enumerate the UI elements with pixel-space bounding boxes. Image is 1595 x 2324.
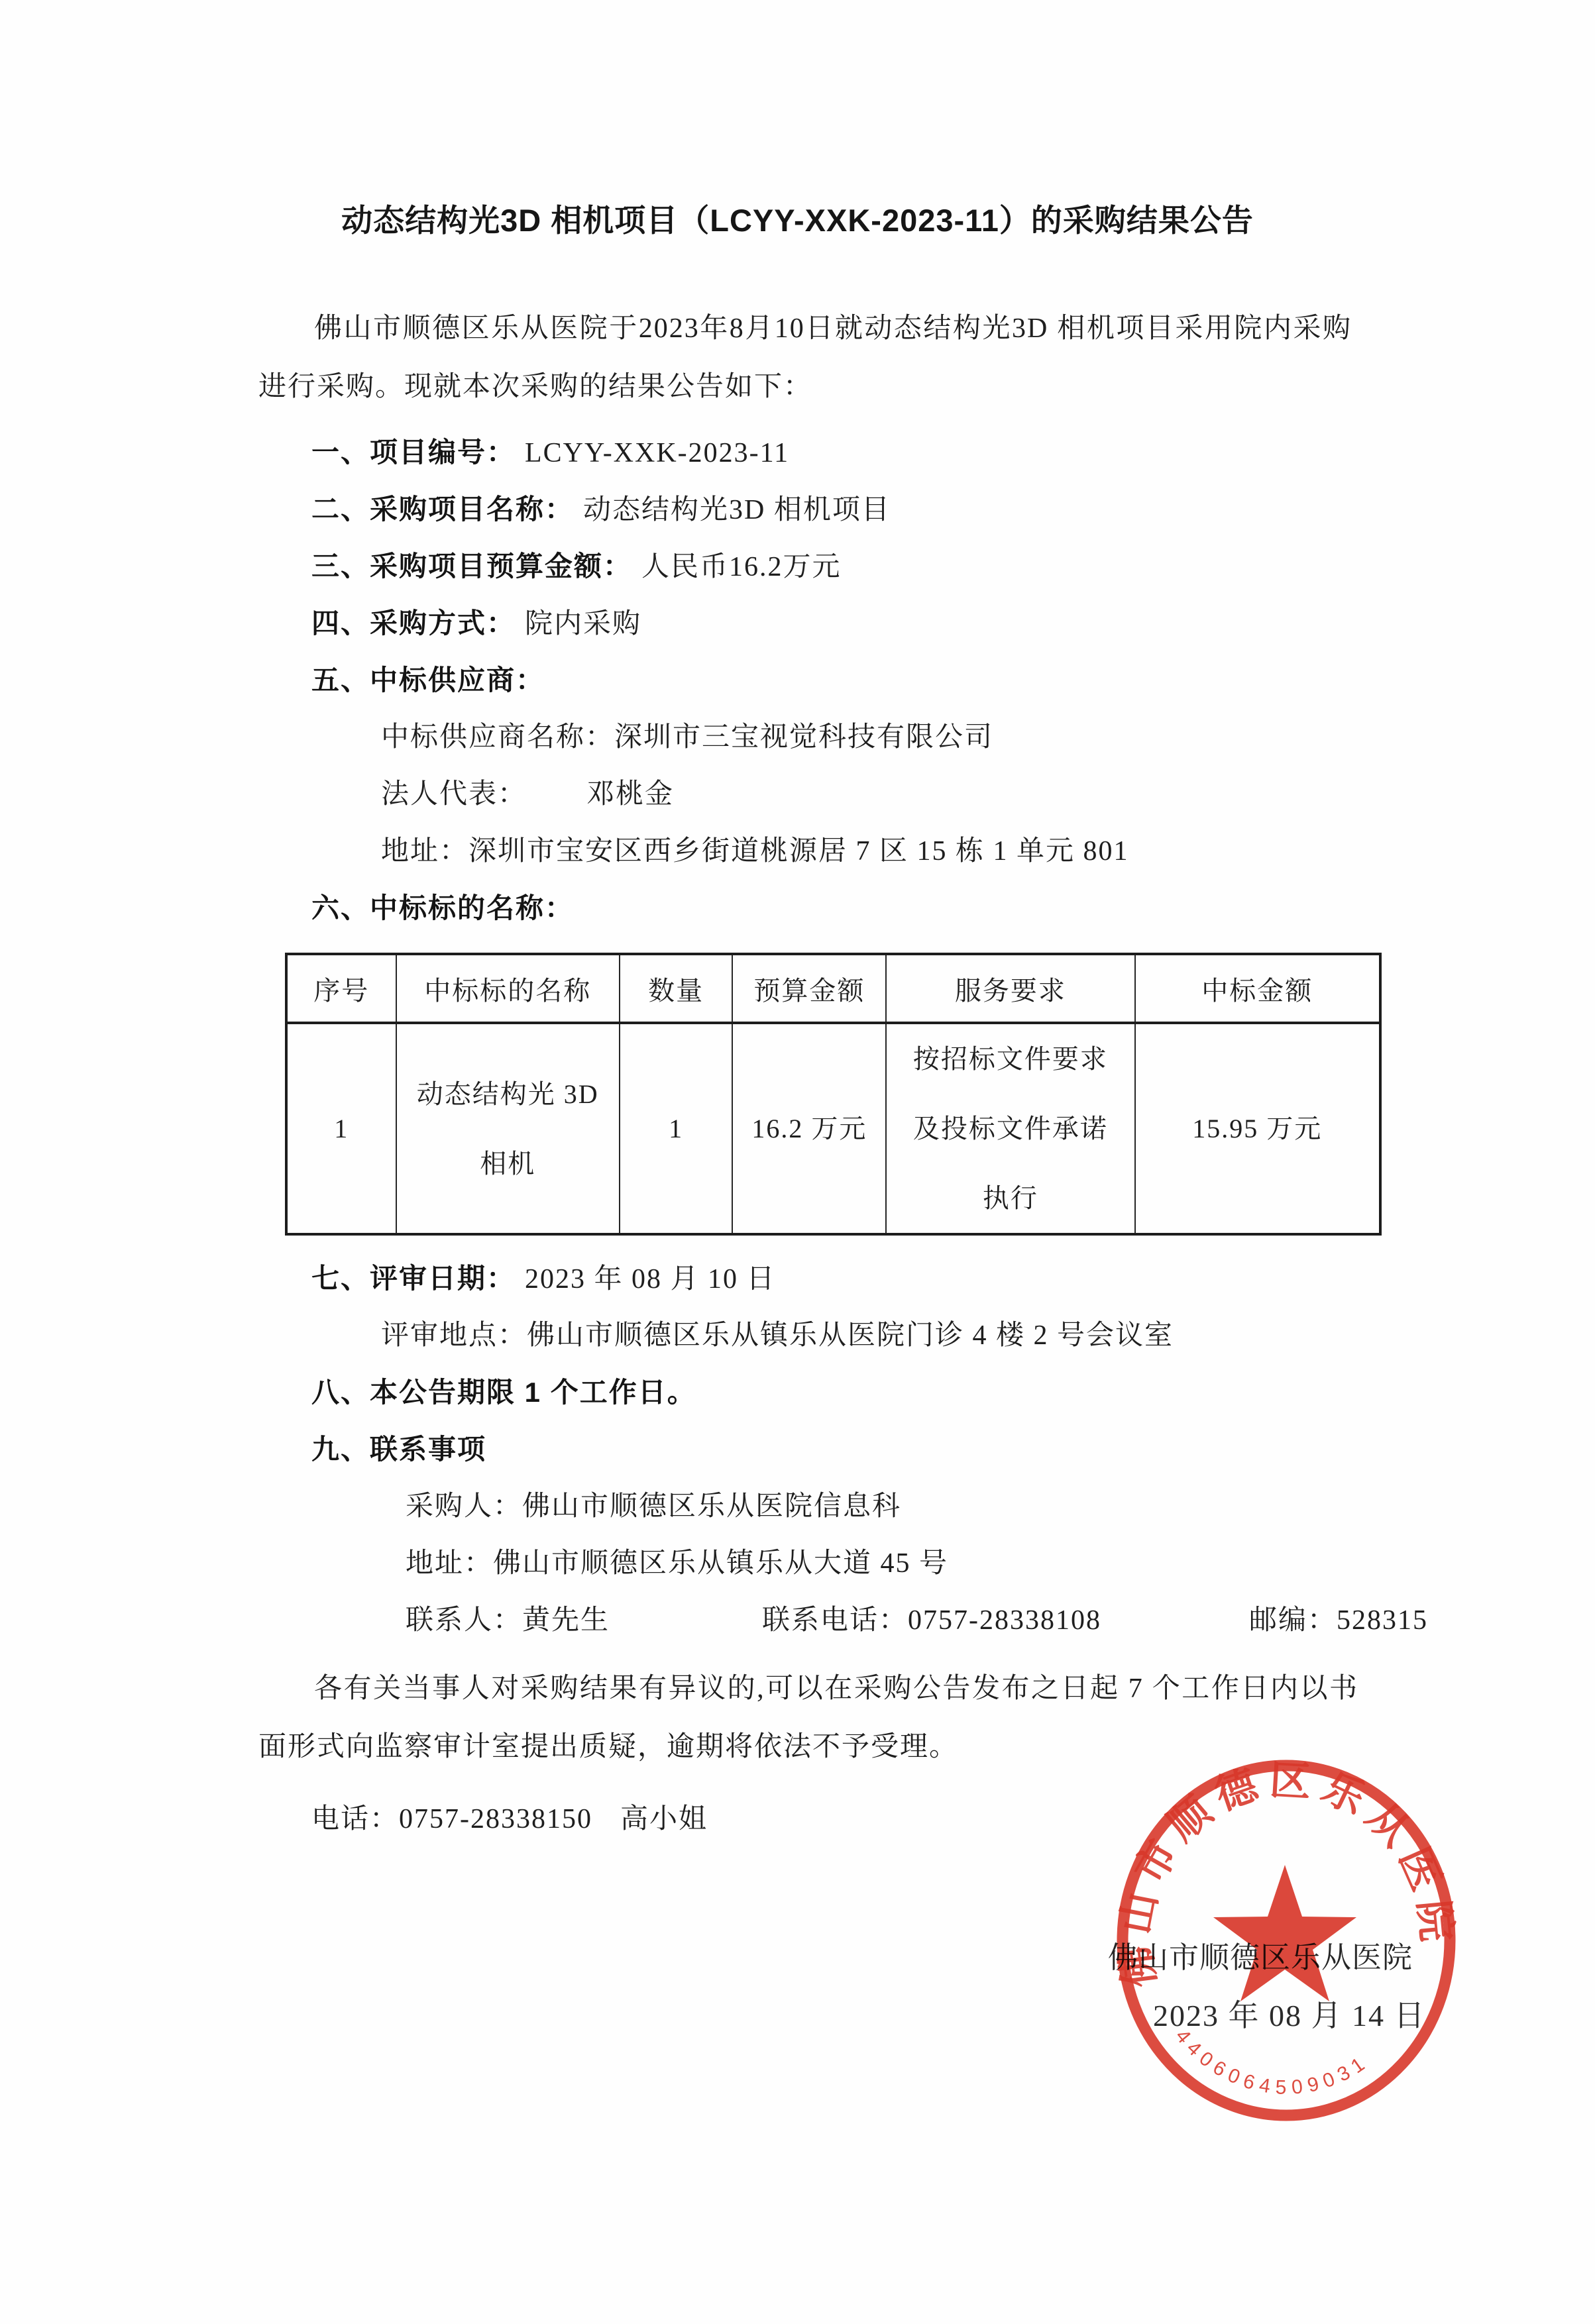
supplier-label: 法人代表： [381, 779, 527, 810]
award-table: 序号 中标标的名称 数量 预算金额 服务要求 中标金额 1 动态结构光 3D 相… [285, 953, 1382, 1236]
contact-zip: 邮编：528315 [1249, 1592, 1428, 1649]
item-project-number: 一、项目编号：LCYY-XXK-2023-11 [311, 424, 1438, 481]
contact-person-label: 联系人： [406, 1605, 522, 1636]
address-value: 佛山市顺德区乐从镇乐从大道 45 号 [493, 1548, 948, 1579]
phone-label: 电话： [311, 1804, 399, 1834]
table-cell-seq: 1 [286, 1023, 396, 1234]
review-date: 2023 年 08 月 10 日 [525, 1264, 776, 1294]
phone-contact-name: 高小姐 [620, 1804, 708, 1834]
contact-person: 联系人：黄先生 [406, 1592, 762, 1649]
section7-label: 七、评审日期： [311, 1263, 516, 1294]
section6-heading: 六、中标标的名称： [311, 880, 1438, 937]
contact-phone-label: 联系电话： [762, 1605, 908, 1636]
legal-rep-line: 法人代表：邓桃金 [381, 766, 1438, 823]
item-winning-supplier-heading: 五、中标供应商： [311, 652, 1438, 709]
buyer-value: 佛山市顺德区乐从医院信息科 [522, 1491, 901, 1522]
section8-heading: 八、本公告期限 1 个工作日。 [311, 1364, 1438, 1421]
table-header-cell: 序号 [286, 954, 396, 1023]
item-value: 院内采购 [525, 609, 641, 639]
table-header-cell: 服务要求 [886, 954, 1134, 1023]
section7-date-line: 七、评审日期：2023 年 08 月 10 日 [311, 1250, 1438, 1307]
item-method: 四、采购方式：院内采购 [311, 595, 1438, 652]
zip-value: 528315 [1337, 1605, 1428, 1636]
supplier-label: 中标供应商名称： [381, 722, 614, 753]
table-header-cell: 中标金额 [1135, 954, 1380, 1023]
table-cell-qty: 1 [620, 1023, 733, 1234]
item-value: 动态结构光3D 相机项目 [583, 495, 891, 525]
buyer-address-line: 地址：佛山市顺德区乐从镇乐从大道 45 号 [406, 1535, 1438, 1592]
official-seal: 佛山市顺德区乐从医院 4406064509031 [1100, 1742, 1471, 2140]
intro-paragraph: 佛山市顺德区乐从医院于2023年8月10日就动态结构光3D 相机项目采用院内采购… [258, 299, 1352, 416]
table-cell-item-name: 动态结构光 3D 相机 [396, 1023, 620, 1234]
review-place-line: 评审地点：佛山市顺德区乐从镇乐从医院门诊 4 楼 2 号会议室 [381, 1307, 1438, 1364]
table-cell-service: 按招标文件要求 及投标文件承诺 执行 [886, 1023, 1134, 1234]
item-label: 二、采购项目名称： [311, 494, 574, 525]
address-label: 地址： [406, 1548, 493, 1579]
table-header-row: 序号 中标标的名称 数量 预算金额 服务要求 中标金额 [286, 954, 1380, 1023]
contact-phone: 联系电话：0757-28338108 [762, 1592, 1249, 1649]
document-page: 动态结构光3D 相机项目（LCYY-XXK-2023-11）的采购结果公告 佛山… [0, 0, 1595, 2324]
supplier-value: 深圳市宝安区西乡街道桃源居 7 区 15 栋 1 单元 801 [468, 836, 1129, 867]
supplier-label: 地址： [381, 836, 468, 867]
table-header-cell: 中标标的名称 [396, 954, 620, 1023]
page-title: 动态结构光3D 相机项目（LCYY-XXK-2023-11）的采购结果公告 [0, 196, 1595, 240]
item-label: 一、项目编号： [311, 437, 516, 468]
item-budget: 三、采购项目预算金额：人民币16.2万元 [311, 538, 1438, 595]
supplier-address-line: 地址：深圳市宝安区西乡街道桃源居 7 区 15 栋 1 单元 801 [381, 823, 1438, 880]
contact-person-value: 黄先生 [522, 1605, 610, 1636]
table-header-cell: 预算金额 [732, 954, 886, 1023]
item-label: 四、采购方式： [311, 607, 516, 639]
section6-label: 六、中标标的名称： [311, 892, 574, 924]
contact-phone-value: 0757-28338108 [908, 1605, 1101, 1636]
item-label: 五、中标供应商： [311, 664, 545, 696]
table-cell-budget: 16.2 万元 [732, 1023, 886, 1234]
review-place-value: 佛山市顺德区乐从镇乐从医院门诊 4 楼 2 号会议室 [527, 1320, 1174, 1351]
table-cell-award-amount: 15.95 万元 [1135, 1023, 1380, 1234]
supplier-value: 邓桃金 [586, 779, 674, 810]
zip-label: 邮编： [1249, 1605, 1337, 1636]
buyer-label: 采购人： [406, 1491, 522, 1522]
contact-row: 联系人：黄先生 联系电话：0757-28338108 邮编：528315 [406, 1592, 1438, 1649]
supplier-name-line: 中标供应商名称：深圳市三宝视觉科技有限公司 [381, 709, 1438, 766]
section9-heading: 九、联系事项 [311, 1421, 1438, 1478]
phone-value: 0757-28338150 [399, 1804, 592, 1834]
item-value: LCYY-XXK-2023-11 [525, 438, 789, 468]
document-body: 一、项目编号：LCYY-XXK-2023-11 二、采购项目名称：动态结构光3D… [311, 424, 1438, 1848]
item-label: 三、采购项目预算金额： [311, 551, 632, 582]
item-value: 人民币16.2万元 [641, 552, 842, 582]
seal-star [1213, 1865, 1356, 2001]
supplier-value: 深圳市三宝视觉科技有限公司 [614, 722, 993, 753]
table-header-cell: 数量 [620, 954, 733, 1023]
item-project-name: 二、采购项目名称：动态结构光3D 相机项目 [311, 481, 1438, 538]
buyer-line: 采购人：佛山市顺德区乐从医院信息科 [406, 1478, 1438, 1535]
review-place-label: 评审地点： [381, 1320, 527, 1351]
table-row: 1 动态结构光 3D 相机 1 16.2 万元 按招标文件要求 及投标文件承诺 … [286, 1023, 1380, 1234]
